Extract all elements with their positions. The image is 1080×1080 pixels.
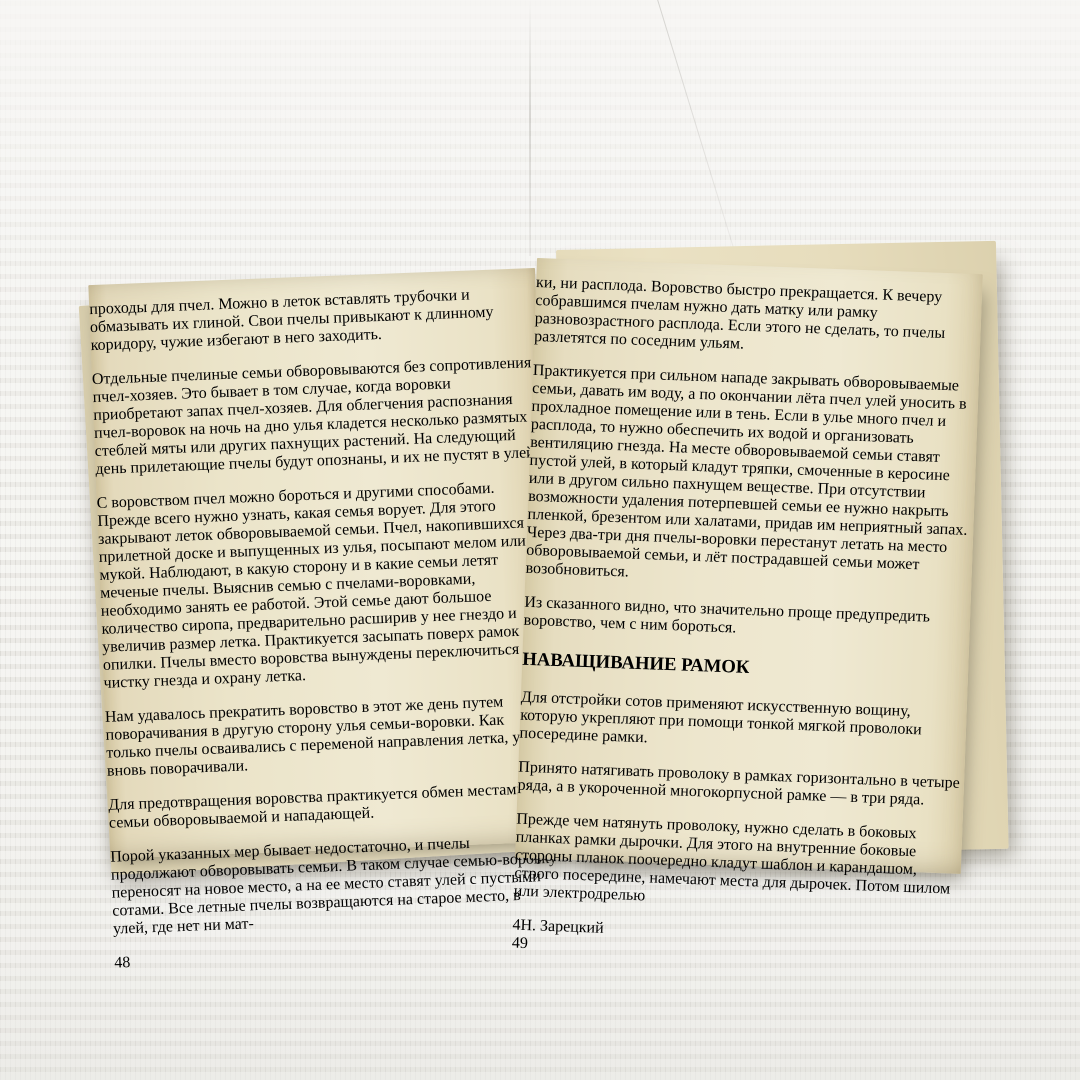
paragraph: Для предотвращения воровства практикуетс…: [108, 780, 556, 833]
paragraph: Из сказанного видно, что значительно про…: [523, 594, 970, 646]
photo-background: проходы для пчел. Можно в леток вставлят…: [0, 0, 1080, 1080]
open-book: проходы для пчел. Можно в леток вставлят…: [0, 0, 1080, 1080]
paragraph: Нам удавалось прекратить воровство в это…: [105, 692, 554, 781]
paragraph: ки, ни расплода. Воровство быстро прекра…: [534, 274, 982, 362]
paragraph: Порой указанных мер бывает недостаточно,…: [110, 832, 560, 939]
running-title-author: Н. Зарецкий: [520, 917, 604, 937]
right-page-text-column: ки, ни расплода. Воровство быстро прекра…: [513, 274, 982, 917]
book-page-left: проходы для пчел. Можно в леток вставлят…: [88, 268, 557, 859]
paragraph: Прежде чем натянуть проволоку, нужно сде…: [513, 811, 962, 917]
paragraph: Для отстройки сотов применяют искусствен…: [519, 689, 967, 759]
book-page-right: ки, ни расплода. Воровство быстро прекра…: [515, 258, 983, 874]
chapter-heading: НАВАЩИВАНИЕ РАМОК: [522, 648, 969, 686]
paragraph: проходы для пчел. Можно в леток вставлят…: [89, 284, 538, 355]
paragraph: С воровством пчел можно бороться и други…: [96, 478, 550, 693]
left-page-text-column: проходы для пчел. Можно в леток вставлят…: [89, 284, 560, 939]
paragraph: Практикуется при сильном нападе закрыват…: [525, 362, 979, 594]
page-corner-fold: [88, 268, 535, 285]
page-number-left: 48: [114, 938, 561, 973]
paragraph: Принято натягивать проволоку в рамках го…: [517, 759, 964, 811]
paragraph: Отдельные пчелиные семьи обворовываются …: [92, 354, 543, 479]
